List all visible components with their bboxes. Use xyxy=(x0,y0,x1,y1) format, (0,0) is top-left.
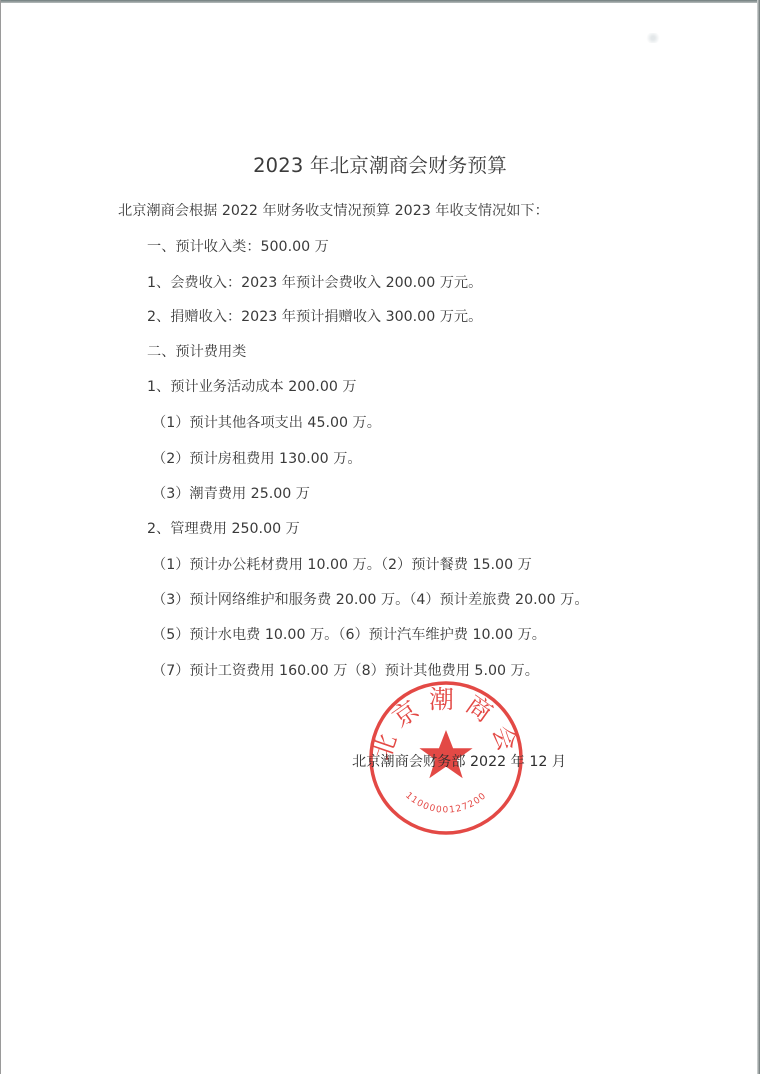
signature-line: 北京潮商会财务部 2022 年 12 月 xyxy=(352,751,566,771)
scan-speck xyxy=(645,33,661,43)
business-item-other: （1）预计其他各项支出 45.00 万。 xyxy=(152,412,381,432)
seal-code: 1100000127200 xyxy=(403,791,489,816)
intro-paragraph: 北京潮商会根据 2022 年财务收支情况预算 2023 年收支情况如下： xyxy=(118,200,549,220)
management-row: （3）预计网络维护和服务费 20.00 万。（4）预计差旅费 20.00 万。 xyxy=(152,589,589,609)
income-heading: 一、预计收入类：500.00 万 xyxy=(147,236,329,256)
income-item-membership: 1、会费收入：2023 年预计会费收入 200.00 万元。 xyxy=(147,272,482,292)
management-row: （1）预计办公耗材费用 10.00 万。（2）预计餐费 15.00 万 xyxy=(152,554,532,574)
expenses-heading: 二、预计费用类 xyxy=(147,341,246,361)
business-cost-heading: 1、预计业务活动成本 200.00 万 xyxy=(147,376,357,396)
business-item-rent: （2）预计房租费用 130.00 万。 xyxy=(152,448,362,468)
scan-edge-top xyxy=(0,0,760,3)
business-item-youth: （3）潮青费用 25.00 万 xyxy=(152,483,310,503)
management-row: （5）预计水电费 10.00 万。（6）预计汽车维护费 10.00 万。 xyxy=(152,624,546,644)
management-row: （7）预计工资费用 160.00 万（8）预计其他费用 5.00 万。 xyxy=(152,660,539,680)
income-item-donation: 2、捐赠收入：2023 年预计捐赠收入 300.00 万元。 xyxy=(147,306,482,326)
management-cost-heading: 2、管理费用 250.00 万 xyxy=(147,518,300,538)
document-title: 2023 年北京潮商会财务预算 xyxy=(0,150,760,178)
